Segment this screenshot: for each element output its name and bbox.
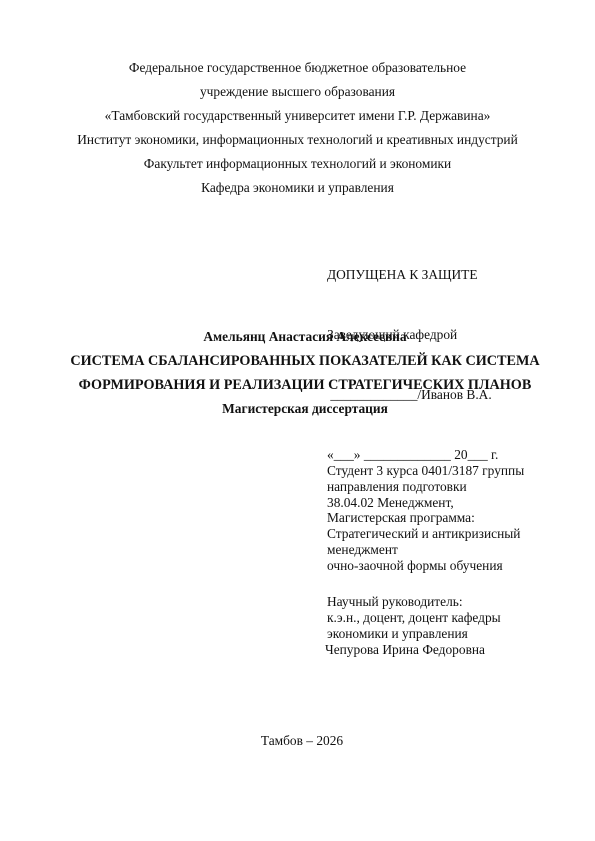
- advisor-degree: к.э.н., доцент, доцент кафедры: [327, 610, 501, 626]
- advisor-label: Научный руководитель:: [327, 594, 501, 610]
- approval-date-line: «___» _____________ 20___ г.: [327, 445, 498, 465]
- header-line-faculty: Факультет информационных технологий и эк…: [0, 152, 595, 176]
- thesis-title-line-1: СИСТЕМА СБАЛАНСИРОВАННЫХ ПОКАЗАТЕЛЕЙ КАК…: [0, 349, 595, 373]
- header-line-institution-type: учреждение высшего образования: [0, 80, 595, 104]
- student-info: Студент 3 курса 0401/3187 группы направл…: [327, 463, 524, 574]
- header-line-institute: Институт экономики, информационных техно…: [0, 128, 595, 152]
- institution-header: Федеральное государственное бюджетное об…: [0, 56, 595, 200]
- student-direction-code: 38.04.02 Менеджмент,: [327, 495, 524, 511]
- advisor-department: экономики и управления: [327, 626, 501, 642]
- student-program-label: Магистерская программа:: [327, 510, 524, 526]
- approval-status: ДОПУЩЕНА К ЗАЩИТЕ: [327, 265, 498, 285]
- title-page: Федеральное государственное бюджетное об…: [0, 0, 595, 841]
- advisor-name: Чепурова Ирина Федоровна: [325, 642, 501, 658]
- thesis-title-line-2: ФОРМИРОВАНИЯ И РЕАЛИЗАЦИИ СТРАТЕГИЧЕСКИХ…: [0, 373, 595, 397]
- advisor-info: Научный руководитель: к.э.н., доцент, до…: [327, 594, 501, 658]
- author-name: Амельянц Анастасия Алексеевна: [0, 325, 595, 349]
- student-study-form: очно-заочной формы обучения: [327, 558, 524, 574]
- student-course-group: Студент 3 курса 0401/3187 группы: [327, 463, 524, 479]
- header-line-federal: Федеральное государственное бюджетное об…: [0, 56, 595, 80]
- city-year: Тамбов – 2026: [0, 733, 595, 749]
- header-line-university: «Тамбовский государственный университет …: [0, 104, 595, 128]
- student-program-name-2: менеджмент: [327, 542, 524, 558]
- student-program-name-1: Стратегический и антикризисный: [327, 526, 524, 542]
- header-line-department: Кафедра экономики и управления: [0, 176, 595, 200]
- thesis-title-block: Амельянц Анастасия Алексеевна СИСТЕМА СБ…: [0, 325, 595, 421]
- student-direction-label: направления подготовки: [327, 479, 524, 495]
- work-type: Магистерская диссертация: [0, 397, 595, 421]
